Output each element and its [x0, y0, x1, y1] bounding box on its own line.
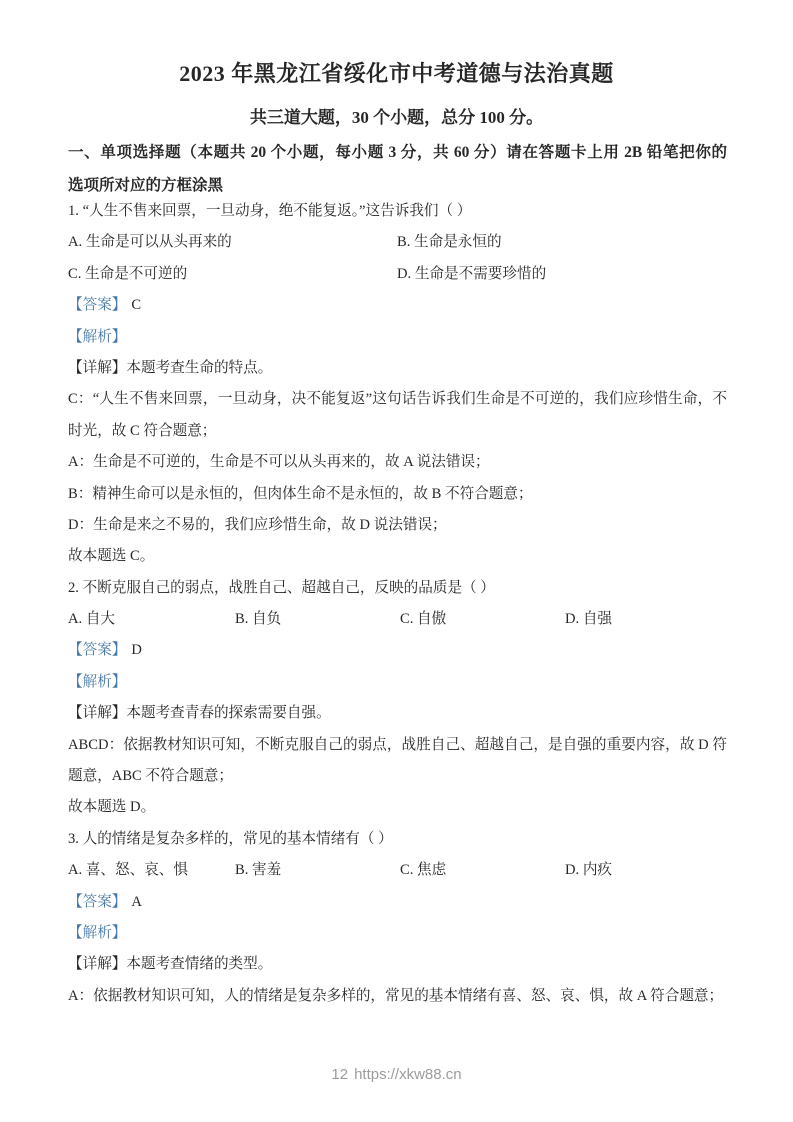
question-2-explanation-line1: ABCD：依据教材知识可知，不断克服自己的弱点，战胜自己、超越自己，是自强的重要… [68, 730, 727, 761]
question-2-answer-line: 【答案】D [68, 635, 727, 666]
document-body: 1. “人生不售来回票，一旦动身，绝不能复返。”这告诉我们（ ） A. 生命是可… [68, 196, 727, 1012]
question-2-analysis-label: 【解析】 [68, 667, 727, 698]
question-1-explanation-b: B：精神生命可以是永恒的，但肉体生命不是永恒的，故 B 不符合题意； [68, 479, 727, 510]
question-1-options-row-1: A. 生命是可以从头再来的 B. 生命是永恒的 [68, 227, 727, 258]
question-2-explanation-line2: 题意，ABC 不符合题意； [68, 761, 727, 792]
question-1-option-c: C. 生命是不可逆的 [68, 259, 397, 290]
question-3-option-b: B. 害羞 [235, 855, 400, 886]
answer-label: 【答案】 [68, 642, 126, 658]
question-3-option-a: A. 喜、怒、哀、惧 [68, 855, 235, 886]
question-1-option-a: A. 生命是可以从头再来的 [68, 227, 397, 258]
question-1-options-row-2: C. 生命是不可逆的 D. 生命是不需要珍惜的 [68, 259, 727, 290]
section-heading: 一、单项选择题（本题共 20 个小题，每小题 3 分，共 60 分）请在答题卡上… [68, 136, 727, 202]
question-1-stem: 1. “人生不售来回票，一旦动身，绝不能复返。”这告诉我们（ ） [68, 196, 727, 227]
question-3-analysis-label: 【解析】 [68, 918, 727, 949]
exam-document-page: 2023 年黑龙江省绥化市中考道德与法治真题 共三道大题，30 个小题，总分 1… [0, 0, 793, 1122]
question-1-explanation-c-line1: C：“人生不售来回票，一旦动身，决不能复返”这句话告诉我们生命是不可逆的，我们应… [68, 384, 727, 415]
page-number: 12 [331, 1066, 348, 1083]
question-1-conclusion: 故本题选 C。 [68, 541, 727, 572]
section-heading-line1: 一、单项选择题（本题共 20 个小题，每小题 3 分，共 60 分）请在答题卡上… [68, 136, 727, 169]
question-1-option-b: B. 生命是永恒的 [397, 227, 727, 258]
question-3-stem: 3. 人的情绪是复杂多样的，常见的基本情绪有（ ） [68, 824, 727, 855]
answer-label: 【答案】 [68, 894, 126, 910]
question-2-option-c: C. 自傲 [400, 604, 565, 635]
question-3-options-row: A. 喜、怒、哀、惧 B. 害羞 C. 焦虑 D. 内疚 [68, 855, 727, 886]
question-3-detail: 【详解】本题考查情绪的类型。 [68, 949, 727, 980]
question-1-explanation-c-line2: 时光，故 C 符合题意； [68, 416, 727, 447]
question-2-option-d: D. 自强 [565, 604, 727, 635]
question-1-option-d: D. 生命是不需要珍惜的 [397, 259, 727, 290]
question-2-stem: 2. 不断克服自己的弱点，战胜自己、超越自己，反映的品质是（ ） [68, 573, 727, 604]
question-1-explanation-d: D：生命是来之不易的，我们应珍惜生命，故 D 说法错误； [68, 510, 727, 541]
question-3-explanation-a: A：依据教材知识可知，人的情绪是复杂多样的，常见的基本情绪有喜、怒、哀、惧，故 … [68, 981, 727, 1012]
question-2-option-b: B. 自负 [235, 604, 400, 635]
answer-label: 【答案】 [68, 297, 126, 313]
page-subtitle: 共三道大题，30 个小题，总分 100 分。 [0, 103, 793, 128]
question-3-answer-value: A [131, 894, 142, 910]
question-1-analysis-label: 【解析】 [68, 322, 727, 353]
question-1-answer-value: C [131, 297, 141, 313]
question-1-explanation-a: A：生命是不可逆的，生命是不可以从头再来的，故 A 说法错误； [68, 447, 727, 478]
footer-url: https://xkw88.cn [354, 1066, 462, 1083]
page-title: 2023 年黑龙江省绥化市中考道德与法治真题 [0, 57, 793, 88]
question-1-answer-line: 【答案】C [68, 290, 727, 321]
question-1-detail: 【详解】本题考查生命的特点。 [68, 353, 727, 384]
question-3-option-d: D. 内疚 [565, 855, 727, 886]
question-3-option-c: C. 焦虑 [400, 855, 565, 886]
page-footer: 12https://xkw88.cn [0, 1066, 793, 1083]
question-2-options-row: A. 自大 B. 自负 C. 自傲 D. 自强 [68, 604, 727, 635]
question-2-option-a: A. 自大 [68, 604, 235, 635]
question-3-answer-line: 【答案】A [68, 887, 727, 918]
question-2-answer-value: D [131, 642, 142, 658]
question-2-conclusion: 故本题选 D。 [68, 792, 727, 823]
question-2-detail: 【详解】本题考查青春的探索需要自强。 [68, 698, 727, 729]
